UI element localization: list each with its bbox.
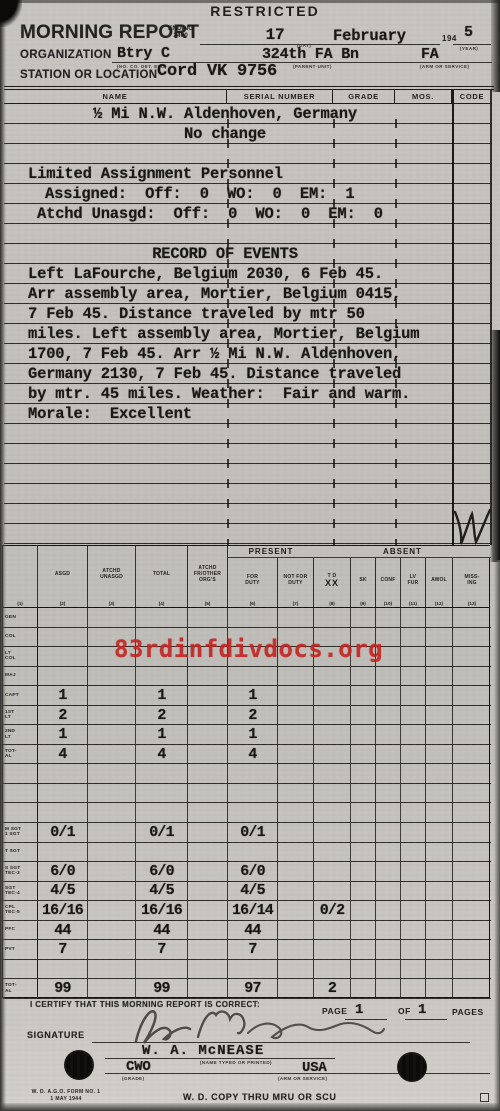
strength-cell [188, 960, 228, 980]
strength-column-header: ASGD(2) [38, 546, 88, 607]
strength-cell [88, 725, 136, 745]
strength-cell [401, 823, 426, 843]
ruled-row-text: Morale: Excellent [4, 404, 492, 424]
strength-cell-value: 44 [153, 922, 169, 939]
ruled-row-text: Left LaFourche, Belgium 2030, 6 Feb 45. [4, 264, 492, 284]
strength-cell: 99 [136, 979, 188, 999]
strength-cell [278, 745, 314, 765]
strength-cell-value: 4/5 [149, 882, 174, 899]
strength-cell-value: 7 [248, 941, 256, 958]
strength-cell [453, 921, 491, 941]
strength-cell [351, 784, 376, 804]
column-header-serial: SERIAL NUMBER [227, 90, 333, 103]
strength-cell [314, 706, 351, 726]
strength-cell [88, 960, 136, 980]
ruled-row: RECORD OF EVENTS [4, 244, 492, 264]
strength-cell-value: 7 [157, 941, 165, 958]
strength-cell [401, 979, 426, 999]
strength-cell [136, 784, 188, 804]
arm-service-caption: (ARM OR SERVICE) [420, 64, 469, 69]
strength-cell [314, 862, 351, 882]
strength-cell [188, 706, 228, 726]
strength-cell [38, 843, 88, 863]
name-caption: (NAME TYPED OR PRINTED) [200, 1060, 272, 1065]
strength-cell [376, 706, 401, 726]
report-month-value: February [333, 27, 406, 45]
strength-cell [188, 784, 228, 804]
strength-cell [136, 764, 188, 784]
column-header-label: T DXX [314, 558, 350, 601]
strength-cell [426, 686, 453, 706]
strength-cell-value: 4/5 [240, 882, 265, 899]
ending-word: ENDING [168, 25, 193, 32]
strength-header: PRESENT ABSENT (1)ASGD(2)ATCHD UNASGD(3)… [3, 546, 489, 608]
column-header-label: CONF [376, 558, 400, 601]
grade-underline [105, 1073, 490, 1074]
form-number-line2: 1 MAY 1944 [50, 1096, 81, 1102]
strength-cell [314, 725, 351, 745]
strength-cell: 1 [38, 686, 88, 706]
strength-cell [88, 979, 136, 999]
handwritten-mark-w [452, 506, 492, 548]
strength-cell-value: 2 [58, 707, 66, 724]
strength-cell [453, 882, 491, 902]
strength-row-label: CPL TEC-5 [3, 901, 38, 921]
strength-cell-value: 4 [58, 746, 66, 763]
strength-cell: 6/0 [38, 862, 88, 882]
strength-cell [376, 901, 401, 921]
strength-cell [314, 921, 351, 941]
ruled-row-text: Assigned: Off: 0 WO: 0 EM: 1 [4, 184, 492, 204]
ruled-row-text: miles. Left assembly area, Mortier, Belg… [4, 324, 492, 344]
organization-value: Btry C [117, 45, 170, 62]
strength-cell [453, 940, 491, 960]
strength-cell [426, 882, 453, 902]
punch-hole-right [397, 1052, 427, 1082]
ruled-row-text: Atchd Unasgd: Off: 0 WO: 0 EM: 0 [4, 204, 492, 224]
strength-cell [426, 862, 453, 882]
ruled-row-text: by mtr. 45 miles. Weather: Fair and warm… [4, 384, 492, 404]
strength-cell [314, 960, 351, 980]
strength-row-label: PFC [3, 921, 38, 941]
strength-cell [351, 862, 376, 882]
checkbox-square [480, 1093, 489, 1102]
strength-cell: 6/0 [228, 862, 278, 882]
signature-label: SIGNATURE [27, 1030, 85, 1040]
column-header-label: ATCHD FR/OTHER ORG'S [188, 546, 227, 601]
scan-edge-artifact [0, 1103, 500, 1111]
strength-cell [351, 901, 376, 921]
strength-cell [426, 940, 453, 960]
column-footnote: (6) [228, 601, 277, 607]
form-number: W. D. A.G.O. FORM NO. 1 1 MAY 1944 [16, 1089, 116, 1102]
strength-cell [453, 706, 491, 726]
strength-cell [376, 686, 401, 706]
scan-edge-artifact [0, 0, 6, 1111]
strength-cell [88, 706, 136, 726]
strength-cell: 7 [228, 940, 278, 960]
strength-cell [351, 745, 376, 765]
ruled-row-text: 7 Feb 45. Distance traveled by mtr 50 [4, 304, 492, 324]
strength-cell: 1 [38, 725, 88, 745]
strength-cell [314, 803, 351, 823]
strength-row-label: T SGT [3, 843, 38, 863]
strength-cell [351, 725, 376, 745]
strength-row-label: TOT- AL [3, 979, 38, 999]
strength-cell [376, 745, 401, 765]
strength-cell [426, 608, 453, 628]
strength-cell-value: 4 [248, 746, 256, 763]
website-watermark: 83rdinfdivdocs.org [114, 635, 383, 663]
scan-edge-artifact [0, 0, 500, 3]
strength-cell: 4 [228, 745, 278, 765]
strength-cell [314, 843, 351, 863]
strength-cell [88, 764, 136, 784]
strength-cell-value: 4 [157, 746, 165, 763]
strength-cell-value: 99 [54, 980, 70, 997]
strength-column-header: ATCHD FR/OTHER ORG'S(5) [188, 546, 228, 607]
ruled-row: Left LaFourche, Belgium 2030, 6 Feb 45. [4, 264, 492, 284]
strength-cell: 1 [136, 725, 188, 745]
strength-cell: 0/1 [136, 823, 188, 843]
arm-service-value: FA [421, 46, 439, 63]
strength-cell [228, 764, 278, 784]
strength-cell [376, 960, 401, 980]
punch-hole-left [64, 1050, 94, 1080]
strength-cell [376, 862, 401, 882]
column-header-label: LV FUR [401, 558, 425, 601]
classification-banner: RESTRICTED [0, 3, 500, 19]
year-printed: 194 [442, 34, 457, 43]
strength-row-label: 2ND LT [3, 725, 38, 745]
strength-cell-value: 16/14 [232, 902, 273, 919]
strength-cell [426, 979, 453, 999]
strength-cell [278, 608, 314, 628]
ruled-row: No change [4, 124, 492, 144]
strength-cell [426, 725, 453, 745]
strength-cell [426, 960, 453, 980]
strength-cell [426, 843, 453, 863]
strength-cell: 0/2 [314, 901, 351, 921]
ruled-row: Germany 2130, 7 Feb 45. Distance travele… [4, 364, 492, 384]
strength-cell [88, 882, 136, 902]
column-footnote: (1) [3, 601, 37, 607]
of-label: OF [398, 1006, 411, 1016]
strength-cell [376, 608, 401, 628]
scan-edge-artifact [490, 330, 500, 562]
strength-cell [38, 784, 88, 804]
entries-rows: ½ Mi N.W. Aldenhoven, GermanyNo changeLi… [4, 104, 492, 544]
parent-unit-caption: (PARENT UNIT) [293, 64, 332, 69]
strength-cell [401, 803, 426, 823]
strength-cell [188, 882, 228, 902]
strength-cell-value: 0/2 [320, 902, 345, 919]
strength-cell [376, 667, 401, 687]
strength-cell [88, 843, 136, 863]
strength-cell [376, 940, 401, 960]
strength-cell [376, 764, 401, 784]
strength-column-header: ATCHD UNASGD(3) [88, 546, 136, 607]
strength-cell-value: 2 [248, 707, 256, 724]
strength-cell [351, 921, 376, 941]
strength-row-label: LT COL [3, 647, 38, 667]
strength-cell [278, 823, 314, 843]
ruled-row-text: ½ Mi N.W. Aldenhoven, Germany [4, 104, 492, 124]
pages-label: PAGES [452, 1007, 484, 1017]
strength-cell: 2 [228, 706, 278, 726]
strength-cell [376, 784, 401, 804]
strength-cell [228, 803, 278, 823]
strength-cell [136, 803, 188, 823]
strength-row-label: PVT [3, 940, 38, 960]
report-day-value: 17 [245, 26, 305, 44]
strength-cell [88, 803, 136, 823]
pages-underline [405, 1019, 447, 1020]
strength-cell [188, 745, 228, 765]
strength-row-label: GEN [3, 608, 38, 628]
strength-cell: 4/5 [228, 882, 278, 902]
strength-row-label: MAJ [3, 667, 38, 687]
strength-cell [278, 921, 314, 941]
form-number-line1: W. D. A.G.O. FORM NO. 1 [32, 1089, 101, 1095]
strength-row-label [3, 960, 38, 980]
strength-cell: 2 [136, 706, 188, 726]
strength-cell [228, 843, 278, 863]
strength-cell [376, 882, 401, 902]
strength-cell [188, 608, 228, 628]
morning-report-document: RESTRICTED MORNING REPORT ENDING 2400 17… [0, 0, 500, 1111]
ruled-row [4, 424, 492, 444]
strength-cell-value: 1 [157, 687, 165, 704]
strength-cell-value: 6/0 [149, 863, 174, 880]
strength-cell: 97 [228, 979, 278, 999]
handwritten-signature [128, 1003, 388, 1048]
strength-body: GENCOLLT COLMAJCAPT1111ST LT2222ND LT111… [3, 608, 489, 999]
column-header-label: TOTAL [136, 546, 187, 601]
strength-row-label: CAPT [3, 686, 38, 706]
column-header-label: ATCHD UNASGD [88, 546, 135, 601]
strength-cell: 44 [228, 921, 278, 941]
strength-cell [314, 667, 351, 687]
column-footnote: (11) [401, 601, 425, 607]
group-header-present: PRESENT [228, 546, 314, 558]
ruled-row: by mtr. 45 miles. Weather: Fair and warm… [4, 384, 492, 404]
strength-cell [188, 940, 228, 960]
strength-cell [88, 686, 136, 706]
strength-cell [453, 745, 491, 765]
strength-row-label: SGT TEC-4 [3, 882, 38, 902]
strength-cell [426, 647, 453, 667]
ruled-row-text: Limited Assignment Personnel [4, 164, 492, 184]
strength-cell [401, 686, 426, 706]
strength-cell [188, 921, 228, 941]
strength-cell [188, 803, 228, 823]
arm-service-footer-caption: (ARM OR SERVICE) [278, 1076, 327, 1081]
strength-cell: 1 [228, 725, 278, 745]
strength-cell: 99 [38, 979, 88, 999]
strength-cell: 4 [38, 745, 88, 765]
strength-cell [88, 823, 136, 843]
ruled-row-text: RECORD OF EVENTS [4, 244, 492, 264]
strength-cell-value: 1 [58, 726, 66, 743]
strength-cell [38, 764, 88, 784]
strength-cell [453, 803, 491, 823]
strength-cell [314, 882, 351, 902]
strength-cell [376, 725, 401, 745]
strength-cell [426, 784, 453, 804]
strength-row-label [3, 784, 38, 804]
strength-cell [136, 608, 188, 628]
strength-cell [314, 608, 351, 628]
strength-cell-value: 0/1 [240, 824, 265, 841]
strength-cell [228, 960, 278, 980]
strength-cell [188, 667, 228, 687]
strength-cell [401, 706, 426, 726]
strength-cell-value: 16/16 [42, 902, 83, 919]
strength-cell [38, 628, 88, 648]
strength-cell [88, 608, 136, 628]
strength-cell [278, 686, 314, 706]
column-header-label: ASGD [38, 546, 87, 601]
strength-cell: 6/0 [136, 862, 188, 882]
strength-cell [453, 979, 491, 999]
ending-time: 2400 [173, 32, 187, 39]
strength-cell [38, 667, 88, 687]
strength-cell [188, 686, 228, 706]
strength-cell: 2 [314, 979, 351, 999]
column-footnote: (12) [426, 601, 452, 607]
ruled-row: Atchd Unasgd: Off: 0 WO: 0 EM: 0 [4, 204, 492, 224]
column-header-label: FOR DUTY [228, 558, 277, 601]
strength-cell-value: 44 [54, 922, 70, 939]
year-caption: (YEAR) [460, 46, 478, 51]
strength-cell [376, 979, 401, 999]
strength-cell [278, 667, 314, 687]
strength-cell: 16/16 [38, 901, 88, 921]
year-typed-value: 5 [464, 24, 473, 41]
column-header-grade: GRADE [333, 90, 395, 103]
ruled-row: Arr assembly area, Mortier, Belgium 0415… [4, 284, 492, 304]
column-header-code: CODE [452, 90, 492, 103]
strength-cell-value: 16/16 [141, 902, 182, 919]
column-header-label: AWOL [426, 558, 452, 601]
year-underline [453, 44, 491, 45]
station-value: Cord VK 9756 [157, 62, 277, 81]
strength-cell [278, 940, 314, 960]
ruled-row: 1700, 7 Feb 45. Arr ½ Mi N.W. Aldenhoven… [4, 344, 492, 364]
ruled-row: 7 Feb 45. Distance traveled by mtr 50 [4, 304, 492, 324]
strength-cell-value: 6/0 [50, 863, 75, 880]
strength-cell [136, 667, 188, 687]
strength-row-label: S SGT TEC-3 [3, 862, 38, 882]
strength-cell-value: 6/0 [240, 863, 265, 880]
column-header-name: NAME [4, 90, 227, 103]
ruled-row: miles. Left assembly area, Mortier, Belg… [4, 324, 492, 344]
strength-cell [278, 725, 314, 745]
strength-cell [401, 745, 426, 765]
strength-cell [136, 843, 188, 863]
strength-cell [376, 803, 401, 823]
strength-cell [376, 843, 401, 863]
ruled-row [4, 504, 492, 524]
column-footnote: (13) [453, 601, 491, 607]
strength-cell [88, 921, 136, 941]
strength-cell [351, 823, 376, 843]
strength-cell [278, 901, 314, 921]
station-label: STATION OR LOCATION [20, 69, 157, 81]
strength-cell [88, 745, 136, 765]
strength-cell-value: 0/1 [50, 824, 75, 841]
strength-cell [278, 882, 314, 902]
strength-cell [401, 940, 426, 960]
strength-cell [351, 803, 376, 823]
strength-cell: 7 [38, 940, 88, 960]
strength-cell [376, 823, 401, 843]
strength-cell: 44 [136, 921, 188, 941]
strength-cell: 7 [136, 940, 188, 960]
strength-cell [38, 803, 88, 823]
ruled-row [4, 444, 492, 464]
strength-cell: 2 [38, 706, 88, 726]
strength-cell-value: 4/5 [50, 882, 75, 899]
strength-cell [188, 979, 228, 999]
strength-cell: 0/1 [228, 823, 278, 843]
strength-cell [278, 764, 314, 784]
strength-cell [453, 628, 491, 648]
strength-cell [401, 843, 426, 863]
strength-cell [453, 784, 491, 804]
column-footnote: (3) [88, 601, 135, 607]
strength-cell-value: 2 [157, 707, 165, 724]
parent-unit-value: 324th FA Bn [262, 46, 359, 63]
strength-row-label: M SGT 1 SGT [3, 823, 38, 843]
strength-row-label: 1ST LT [3, 706, 38, 726]
strength-cell [426, 628, 453, 648]
strength-cell [453, 667, 491, 687]
strength-cell-value: 99 [153, 980, 169, 997]
strength-cell [38, 960, 88, 980]
strength-cell [351, 686, 376, 706]
strength-cell-value: 97 [244, 980, 260, 997]
strength-cell [228, 667, 278, 687]
ruled-row [4, 484, 492, 504]
strength-cell [376, 921, 401, 941]
strength-cell [401, 628, 426, 648]
strength-cell [453, 608, 491, 628]
column-header-label [3, 546, 37, 601]
strength-cell: 4 [136, 745, 188, 765]
strength-cell [278, 706, 314, 726]
strength-cell-value: 1 [248, 726, 256, 743]
ruled-row [4, 224, 492, 244]
strength-cell [351, 667, 376, 687]
strength-cell [426, 803, 453, 823]
strength-cell [188, 843, 228, 863]
column-footnote: (2) [38, 601, 87, 607]
strength-cell [351, 940, 376, 960]
strength-cell-value: 1 [248, 687, 256, 704]
strength-cell [351, 608, 376, 628]
strength-cell [401, 960, 426, 980]
ending-label: ENDING 2400 [168, 25, 193, 39]
column-header-mos: MOS. [395, 90, 452, 103]
strength-cell [426, 901, 453, 921]
strength-cell: 1 [228, 686, 278, 706]
strength-cell [401, 725, 426, 745]
strength-cell [314, 686, 351, 706]
strength-cell [453, 823, 491, 843]
strength-cell [228, 608, 278, 628]
